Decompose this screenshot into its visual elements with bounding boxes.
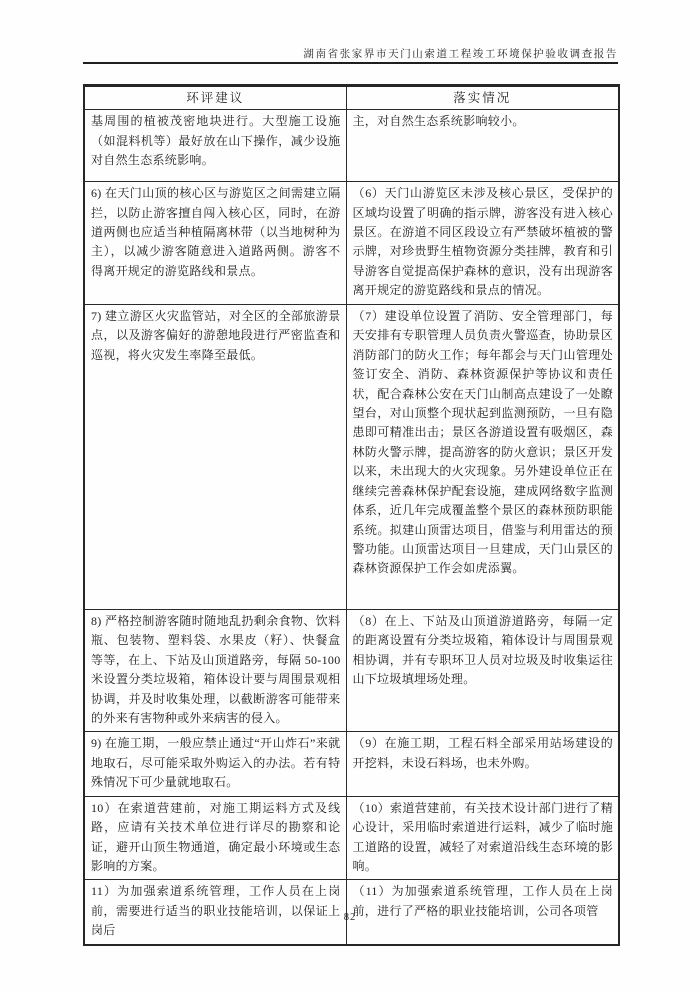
table-row: 基周围的植被茂密地块进行。大型施工设施（如混料机等）最好放在山下操作，减少设施对… [84, 110, 619, 182]
table-row: 10）在索道营建前，对施工期运料方式及线路，应请有关技术单位进行详尽的勘察和论证… [84, 796, 619, 880]
eia-suggestion-cell: 9) 在施工期，一般应禁止通过“开山炸石”来就地取石，尽可能采取外购运入的办法。… [84, 732, 346, 796]
column-header-implementation-status: 落实情况 [346, 86, 619, 110]
eia-comparison-table: 环评建议 落实情况 基周围的植被茂密地块进行。大型施工设施（如混料机等）最好放在… [83, 84, 620, 946]
implementation-status-cell: （6）天门山游览区未涉及核心景区，受保护的区域均设置了明确的指示牌，游客没有进入… [346, 182, 619, 305]
page-header-title: 湖南省张家界市天门山索道工程竣工环境保护验收调查报告 [83, 46, 618, 61]
implementation-status-cell: （10）索道营建前，有关技术设计部门进行了精心设计，采用临时索道进行运料，减少了… [346, 796, 619, 880]
implementation-status-cell: （9）在施工期，工程石料全部采用站场建设的开挖料，未设石料场，也未外购。 [346, 732, 619, 796]
implementation-status-cell: （7）建设单位设置了消防、安全管理部门，每天安排有专职管理人员负责火警巡查，协助… [346, 304, 619, 609]
table-row: 7) 建立游区火灾监管站，对全区的全部旅游景点，以及游客偏好的游憩地段进行严密监… [84, 304, 619, 609]
eia-suggestion-cell: 6) 在天门山顶的核心区与游览区之间需建立隔拦，以防止游客擅自闯入核心区，同时，… [84, 182, 346, 305]
column-header-eia-suggestion: 环评建议 [84, 86, 346, 110]
eia-suggestion-cell: 7) 建立游区火灾监管站，对全区的全部旅游景点，以及游客偏好的游憩地段进行严密监… [84, 304, 346, 609]
table-row: 9) 在施工期，一般应禁止通过“开山炸石”来就地取石，尽可能采取外购运入的办法。… [84, 732, 619, 796]
implementation-status-cell: （8）在上、下站及山顶道游道路旁，每隔一定的距离设置有分类垃圾箱，箱体设计与周围… [346, 609, 619, 732]
eia-suggestion-cell: 8) 严格控制游客随时随地乱扔剩余食物、饮料瓶、包装物、塑料袋、水果皮（籽）、快… [84, 609, 346, 732]
table-row: 8) 严格控制游客随时随地乱扔剩余食物、饮料瓶、包装物、塑料袋、水果皮（籽）、快… [84, 609, 619, 732]
implementation-status-cell: 主，对自然生态系统影响较小。 [346, 110, 619, 182]
eia-suggestion-cell: 基周围的植被茂密地块进行。大型施工设施（如混料机等）最好放在山下操作，减少设施对… [84, 110, 346, 182]
eia-suggestion-cell: 10）在索道营建前，对施工期运料方式及线路，应请有关技术单位进行详尽的勘察和论证… [84, 796, 346, 880]
header-rule [83, 62, 618, 64]
table-row: 6) 在天门山顶的核心区与游览区之间需建立隔拦，以防止游客擅自闯入核心区，同时，… [84, 182, 619, 305]
document-page: 湖南省张家界市天门山索道工程竣工环境保护验收调查报告 环评建议 落实情况 基周围… [0, 0, 700, 990]
table-header-row: 环评建议 落实情况 [84, 86, 619, 110]
page-number: 82 [0, 912, 700, 923]
